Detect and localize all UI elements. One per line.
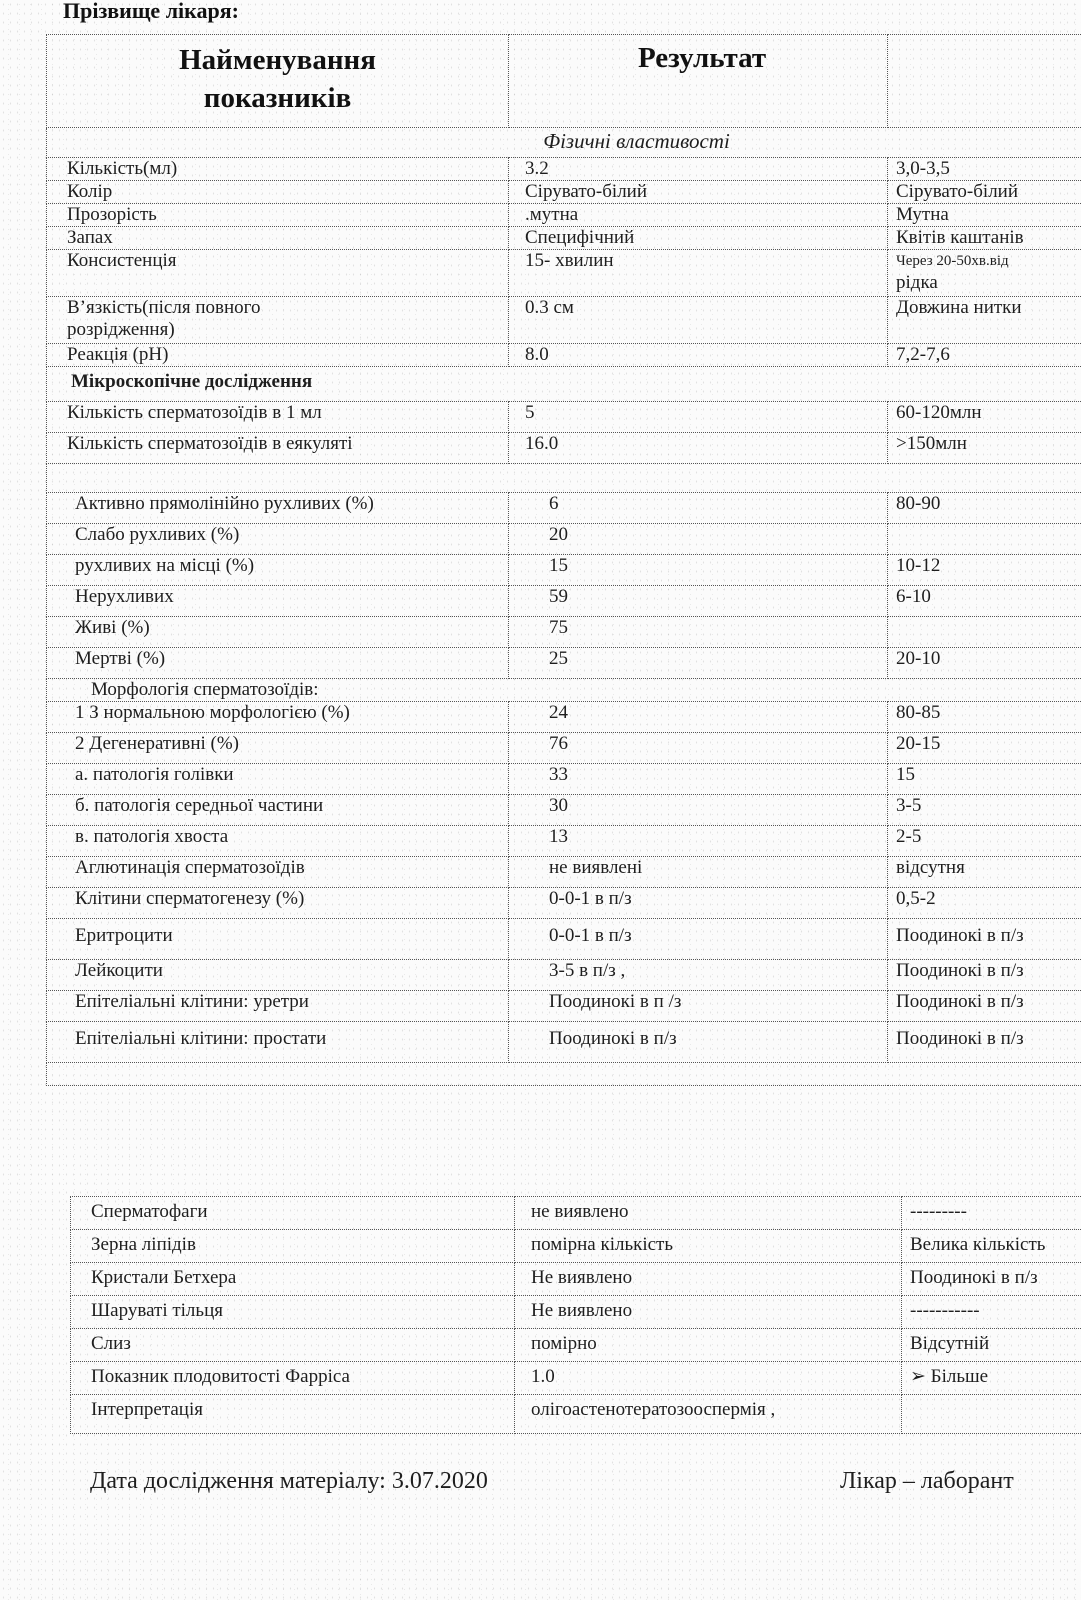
norm-value: 3-5 [888,795,1081,826]
norm-value: 10-12 [888,555,1081,586]
table-row: Слабо рухливих (%)20 [47,524,1081,555]
spacer-row [47,1063,1081,1086]
table-row: а. патологія голівки3315 [47,764,1081,795]
result-value: 0-0-1 в п/з [509,888,888,919]
table-row: Еритроцити0-0-1 в п/зПоодинокі в п/з [47,919,1081,960]
section-physical: Фізичні властивості [47,128,1081,158]
result-value: помірна кількість [515,1230,902,1263]
section-title: Морфологія сперматозоїдів: [47,679,1081,702]
norm-value: 2-5 [888,826,1081,857]
indicator-name: Консистенція [47,250,509,297]
norm-value: Довжина нитки [888,297,1081,344]
result-value: помірно [515,1329,902,1362]
indicator-name: 2 Дегенеративні (%) [47,733,509,764]
result-value: 5 [509,402,888,433]
table-row: Епітеліальні клітини: простатиПоодинокі … [47,1022,1081,1063]
indicator-name: Реакція (pH) [47,344,509,367]
table-row: СлизпомірноВідсутній [71,1329,1081,1362]
indicator-name: В’язкість(після повногорозрідження) [47,297,509,344]
norm-value: 20-15 [888,733,1081,764]
result-value: .мутна [509,204,888,227]
indicator-name: Слиз [71,1329,515,1362]
norm-value: відсутня [888,857,1081,888]
norm-value: 60-120млн [888,402,1081,433]
morphology-rows: 1 З нормальною морфологією (%)2480-852 Д… [47,702,1081,1063]
norm-value: >150млн [888,433,1081,464]
indicator-name: Аглютинація сперматозоїдів [47,857,509,888]
result-value: Специфічний [509,227,888,250]
table-row: Кристали БетхераНе виявленоПоодинокі в п… [71,1263,1081,1296]
table-row: Мертві (%)2520-10 [47,648,1081,679]
table-row: Сперматофагине виявлено--------- [71,1197,1081,1230]
micro-rows: Кількість сперматозоїдів в 1 мл560-120мл… [47,402,1081,464]
physical-rows: Кількість(мл)3.23,0-3,5КолірСірувато-біл… [47,158,1081,367]
section-morphology: Морфологія сперматозоїдів: [47,679,1081,702]
result-value: Не виявлено [515,1296,902,1329]
indicator-name: Показник плодовитості Фарріса [71,1362,515,1395]
indicator-name: в. патологія хвоста [47,826,509,857]
indicator-name: Кількість сперматозоїдів в 1 мл [47,402,509,433]
indicator-name: б. патологія середньої частини [47,795,509,826]
result-value: 76 [509,733,888,764]
lab-doctor-label: Лікар – лаборант [840,1468,1014,1495]
result-value: 8.0 [509,344,888,367]
indicator-name: 1 З нормальною морфологією (%) [47,702,509,733]
norm-value: Через 20-50хв.відрідка [888,250,1081,297]
empty-row [47,464,1081,493]
section-title: Фізичні властивості [47,128,1081,158]
indicator-name: Клітини сперматогенезу (%) [47,888,509,919]
table-row: Лейкоцити3-5 в п/з ,Поодинокі в п/з [47,960,1081,991]
indicator-name: Живі (%) [47,617,509,648]
table-row: Зерна ліпідівпомірна кількістьВелика кіл… [71,1230,1081,1263]
norm-value: 6-10 [888,586,1081,617]
indicator-name: а. патологія голівки [47,764,509,795]
table-row: рухливих на місці (%)1510-12 [47,555,1081,586]
norm-value: --------- [902,1197,1081,1230]
table-row: Прозорість.мутнаМутна [47,204,1081,227]
table-row: б. патологія середньої частини303-5 [47,795,1081,826]
table-row: Кількість сперматозоїдів в 1 мл560-120мл… [47,402,1081,433]
indicator-name: Епітеліальні клітини: простати [47,1022,509,1063]
norm-value: Поодинокі в п/з [888,919,1081,960]
result-value: 20 [509,524,888,555]
results-table: Найменування показників Результат Н Фізи… [46,34,1081,1086]
table-row: в. патологія хвоста132-5 [47,826,1081,857]
norm-line: Через 20-50хв.від [896,250,1081,272]
motility-rows: Активно прямолінійно рухливих (%)680-90С… [47,493,1081,679]
indicator-name: Активно прямолінійно рухливих (%) [47,493,509,524]
additional-rows: Сперматофагине виявлено---------Зерна лі… [71,1197,1081,1434]
indicator-name: Шаруваті тільця [71,1296,515,1329]
result-value: 30 [509,795,888,826]
indicator-name: Кристали Бетхера [71,1263,515,1296]
additional-table: Сперматофагине виявлено---------Зерна лі… [70,1196,1081,1434]
section-title: Мікроскопічне дослідження [47,367,1081,402]
table-row: В’язкість(після повногорозрідження)0.3 с… [47,297,1081,344]
header-name: Найменування показників [47,35,509,128]
result-value: 25 [509,648,888,679]
norm-value [888,524,1081,555]
result-value: не виявлено [515,1197,902,1230]
result-value: 13 [509,826,888,857]
indicator-name: Колір [47,181,509,204]
indicator-name-line: розрідження) [67,319,508,341]
indicator-name-line: В’язкість(після повного [67,297,508,319]
result-value: Поодинокі в п /з [509,991,888,1022]
result-value: 1.0 [515,1362,902,1395]
norm-value [902,1395,1081,1434]
result-value: 3-5 в п/з , [509,960,888,991]
table-row: Шаруваті тільцяНе виявлено----------- [71,1296,1081,1329]
result-value: 3.2 [509,158,888,181]
table-header: Найменування показників Результат Н [47,35,1081,128]
indicator-name: Слабо рухливих (%) [47,524,509,555]
table-row: ЗапахСпецифічнийКвітів каштанів [47,227,1081,250]
section-micro: Мікроскопічне дослідження [47,367,1081,402]
table-row: Кількість сперматозоїдів в еякуляті16.0>… [47,433,1081,464]
table-row: Епітеліальні клітини: уретриПоодинокі в … [47,991,1081,1022]
result-value: 15- хвилин [509,250,888,297]
norm-value: 80-90 [888,493,1081,524]
indicator-name: Мертві (%) [47,648,509,679]
norm-value: Квітів каштанів [888,227,1081,250]
norm-value: 80-85 [888,702,1081,733]
result-value: 75 [509,617,888,648]
norm-value: Поодинокі в п/з [888,1022,1081,1063]
indicator-name: Кількість(мл) [47,158,509,181]
norm-value: Велика кількість [902,1230,1081,1263]
table-row: Нерухливих596-10 [47,586,1081,617]
table-row: Показник плодовитості Фарріса1.0➢ Більше [71,1362,1081,1395]
norm-value: Поодинокі в п/з [888,960,1081,991]
norm-value: 3,0-3,5 [888,158,1081,181]
norm-value [888,617,1081,648]
norm-value: ----------- [902,1296,1081,1329]
table-row: Живі (%)75 [47,617,1081,648]
result-value: 24 [509,702,888,733]
table-row: Реакція (pH)8.07,2-7,6 [47,344,1081,367]
result-value: олігоастенотератозооспермія , [515,1395,902,1434]
table-row: Клітини сперматогенезу (%)0-0-1 в п/з0,5… [47,888,1081,919]
indicator-name: Запах [47,227,509,250]
norm-value: Мутна [888,204,1081,227]
norm-value: Поодинокі в п/з [888,991,1081,1022]
indicator-name: Прозорість [47,204,509,227]
result-value: не виявлені [509,857,888,888]
norm-value: 7,2-7,6 [888,344,1081,367]
table-row: КолірСірувато-білийСірувато-білий [47,181,1081,204]
result-value: Не виявлено [515,1263,902,1296]
norm-line: рідка [896,272,1081,294]
table-row: 2 Дегенеративні (%)7620-15 [47,733,1081,764]
indicator-name: Лейкоцити [47,960,509,991]
indicator-name: Епітеліальні клітини: уретри [47,991,509,1022]
indicator-name: Інтерпретація [71,1395,515,1434]
table-row: Аглютинація сперматозоїдівне виявленівід… [47,857,1081,888]
result-value: 6 [509,493,888,524]
table-row: Активно прямолінійно рухливих (%)680-90 [47,493,1081,524]
doctor-name-label: Прізвище лікаря: [63,0,239,24]
result-value: 0.3 см [509,297,888,344]
result-value: 16.0 [509,433,888,464]
result-value: Сірувато-білий [509,181,888,204]
indicator-name: Еритроцити [47,919,509,960]
table-row: Кількість(мл)3.23,0-3,5 [47,158,1081,181]
indicator-name: рухливих на місці (%) [47,555,509,586]
table-row: Інтерпретаціяолігоастенотератозооспермія… [71,1395,1081,1434]
norm-value: 0,5-2 [888,888,1081,919]
indicator-name: Сперматофаги [71,1197,515,1230]
result-value: 33 [509,764,888,795]
norm-value: 15 [888,764,1081,795]
result-value: 15 [509,555,888,586]
table-row: 1 З нормальною морфологією (%)2480-85 [47,702,1081,733]
header-result: Результат [509,35,888,128]
indicator-name: Зерна ліпідів [71,1230,515,1263]
research-date: Дата дослідження матеріалу: 3.07.2020 [90,1468,488,1495]
norm-value: 20-10 [888,648,1081,679]
result-value: 59 [509,586,888,617]
norm-value: Поодинокі в п/з [902,1263,1081,1296]
indicator-name: Кількість сперматозоїдів в еякуляті [47,433,509,464]
norm-value: ➢ Більше [902,1362,1081,1395]
norm-value: Відсутній [902,1329,1081,1362]
result-value: Поодинокі в п/з [509,1022,888,1063]
header-norm: Н [888,35,1081,128]
table-row: Консистенція15- хвилинЧерез 20-50хв.відр… [47,250,1081,297]
norm-value: Сірувато-білий [888,181,1081,204]
indicator-name: Нерухливих [47,586,509,617]
result-value: 0-0-1 в п/з [509,919,888,960]
